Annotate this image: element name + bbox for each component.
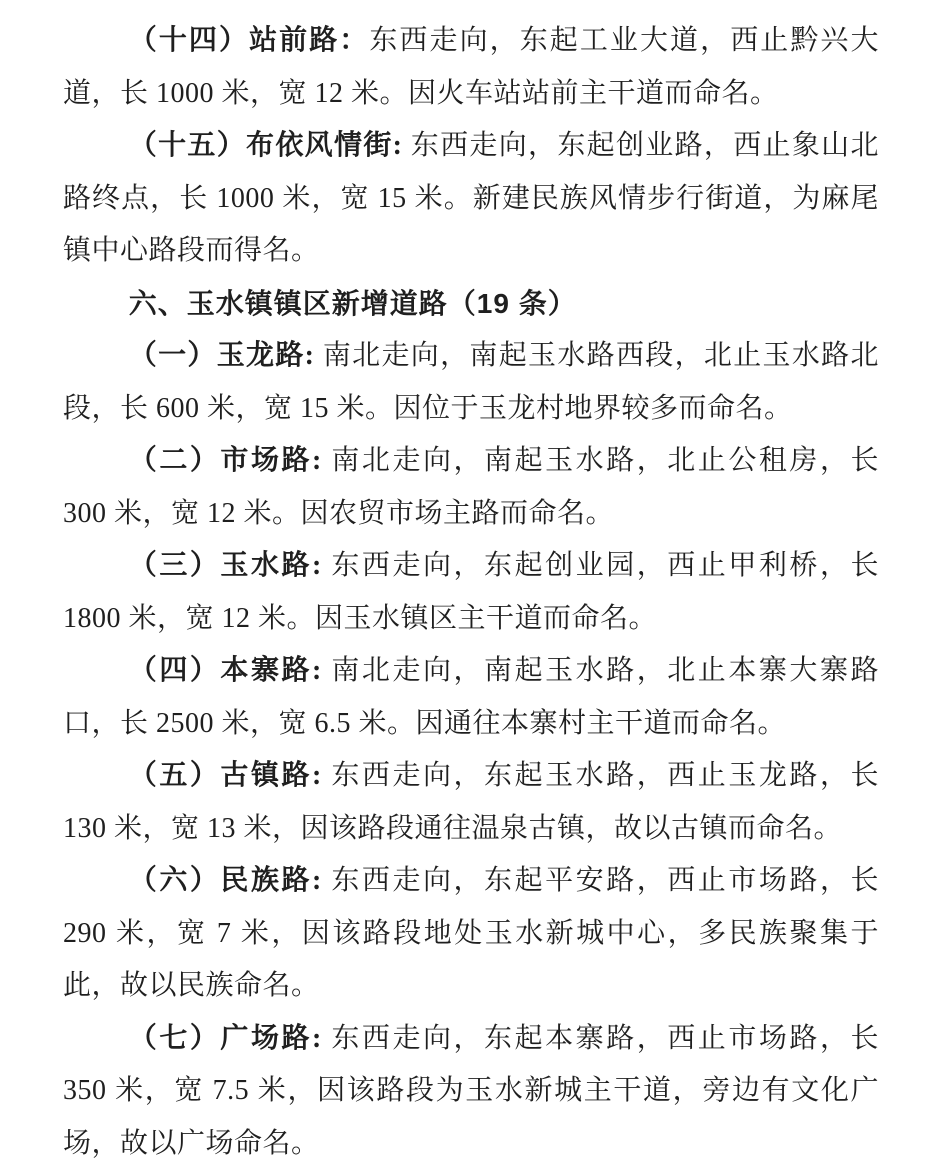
document-page: （十四）站前路：东西走向，东起工业大道，西止黔兴大道，长 1000 米，宽 12… [0,0,936,1175]
road-entry-label: （四）本寨路: [129,655,322,686]
road-entry-5-guzhen-road: （五）古镇路: 东西走向，东起玉水路，西止玉龙路，长 130 米，宽 13 米，… [63,750,879,855]
road-entry-label: （二）市场路: [129,445,322,476]
section-heading-yushui-town-new-roads: 六、玉水镇镇区新增道路（19 条） [63,278,879,331]
road-entry-label: （六）民族路: [129,865,322,896]
road-entry-4-benzhai-road: （四）本寨路: 南北走向，南起玉水路，北止本寨大寨路口，长 2500 米，宽 6… [63,645,879,750]
road-entry-3-yushui-road: （三）玉水路: 东西走向，东起创业园，西止甲利桥，长 1800 米，宽 12 米… [63,540,879,645]
road-entry-label: （三）玉水路: [129,550,322,581]
road-entry-label: （五）古镇路: [129,760,322,791]
road-entry-15-buyi-fengqing-street: （十五）布依风情街: 东西走向，东起创业路，西止象山北路终点，长 1000 米，… [63,120,879,278]
road-entry-2-shichang-road: （二）市场路: 南北走向，南起玉水路，北止公租房，长 300 米，宽 12 米。… [63,435,879,540]
road-entry-label: （七）广场路: [129,1023,322,1054]
road-entry-label: （一）玉龙路: [129,340,315,371]
road-entry-7-guangchang-road: （七）广场路: 东西走向，东起本寨路，西止市场路，长 350 米，宽 7.5 米… [63,1013,879,1171]
road-entry-1-yulong-road: （一）玉龙路: 南北走向，南起玉水路西段，北止玉水路北段，长 600 米，宽 1… [63,330,879,435]
road-entry-label: （十四）站前路： [129,25,370,56]
road-entry-14-zhanqian-road: （十四）站前路：东西走向，东起工业大道，西止黔兴大道，长 1000 米，宽 12… [63,15,879,120]
road-entry-6-minzu-road: （六）民族路: 东西走向，东起平安路，西止市场路，长 290 米，宽 7 米，因… [63,855,879,1013]
road-entry-label: （十五）布依风情街: [129,130,403,161]
